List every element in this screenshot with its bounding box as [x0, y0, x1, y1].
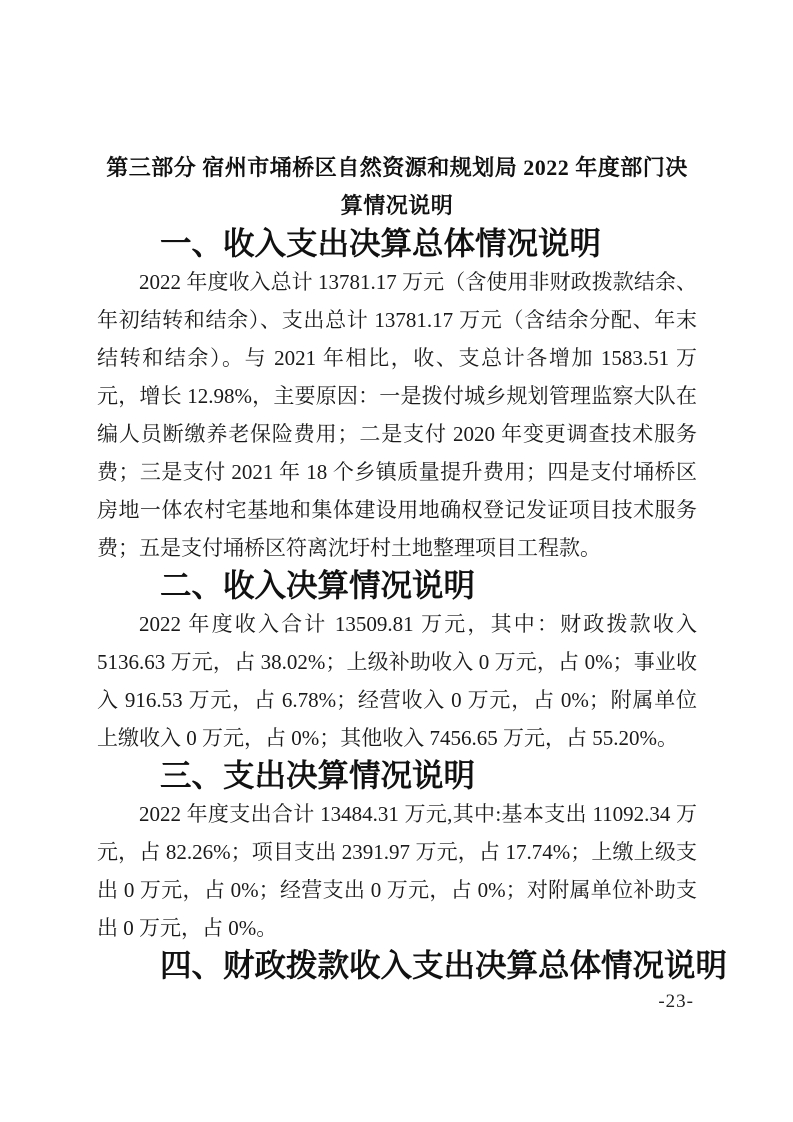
section-heading-fiscal-appropriation-overview: 四、财政拨款收入支出决算总体情况说明 — [97, 947, 697, 985]
section-paragraph-income-expenditure-overview: 2022 年度收入总计 13781.17 万元（含使用非财政拨款结余、年初结转和… — [97, 263, 697, 567]
title-line-1: 第三部分 宿州市埇桥区自然资源和规划局 2022 年度部门决 — [97, 149, 697, 187]
section-heading-income-expenditure-overview: 一、收入支出决算总体情况说明 — [97, 225, 697, 263]
title-line-2: 算情况说明 — [97, 187, 697, 225]
section-paragraph-expenditure-details: 2022 年度支出合计 13484.31 万元,其中:基本支出 11092.34… — [97, 795, 697, 947]
section-paragraph-income-details: 2022 年度收入合计 13509.81 万元，其中：财政拨款收入 5136.6… — [97, 605, 697, 757]
document-content: 第三部分 宿州市埇桥区自然资源和规划局 2022 年度部门决 算情况说明 一、收… — [97, 149, 697, 985]
section-heading-income-details: 二、收入决算情况说明 — [97, 567, 697, 605]
page-number: -23- — [658, 991, 694, 1013]
section-heading-expenditure-details: 三、支出决算情况说明 — [97, 757, 697, 795]
document-page: 第三部分 宿州市埇桥区自然资源和规划局 2022 年度部门决 算情况说明 一、收… — [0, 0, 793, 1122]
document-title: 第三部分 宿州市埇桥区自然资源和规划局 2022 年度部门决 算情况说明 — [97, 149, 697, 225]
